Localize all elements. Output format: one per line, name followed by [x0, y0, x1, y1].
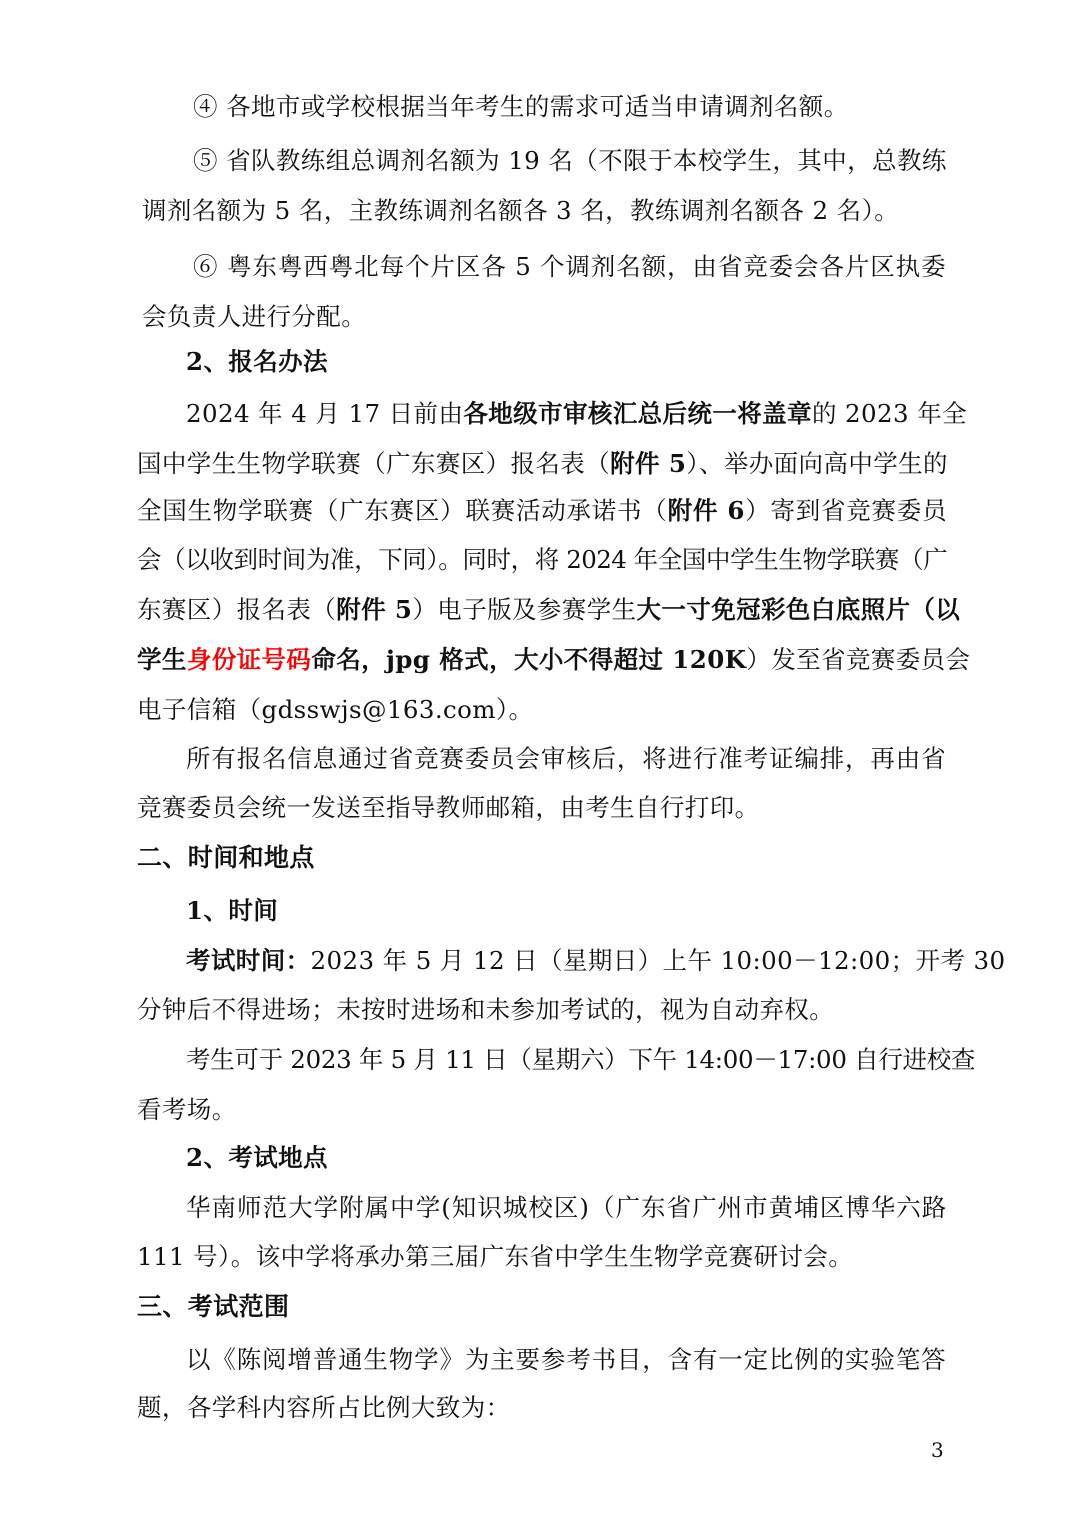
exam-time-line1: 考试时间：2023 年 5 月 12 日（星期日）上午 10:00－12:00；…	[186, 946, 946, 976]
text: ）发至省竞赛委员会	[746, 645, 970, 674]
section3-line2: 题，各学科内容所占比例大致为：	[137, 1393, 947, 1423]
quota-item-6-line1: ⑥ 粤东粤西粤北每个片区各 5 个调剂名额，由省竞委会各片区执委	[193, 252, 946, 282]
quota-item-4: ④ 各地市或学校根据当年考生的需求可适当申请调剂名额。	[193, 92, 953, 122]
text: 2023 年 5 月 12 日（星期日）上午 10:00－12:00；开考 30	[311, 946, 1006, 975]
registration-p1-line1: 2024 年 4 月 17 日前由各地级市审核汇总后统一将盖章的 2023 年全	[186, 399, 946, 429]
item-marker: ④	[193, 92, 218, 121]
visit-line1: 考生可于 2023 年 5 月 11 日（星期六）下午 14:00－17:00 …	[186, 1045, 946, 1075]
text: 2024 年 4 月 17 日前由	[186, 399, 463, 428]
bold-text: 命名，jpg 格式，大小不得超过 120K	[311, 645, 746, 674]
text: ）电子版及参赛学生	[412, 595, 636, 624]
quota-item-5-line2: 调剂名额为 5 名，主教练调剂名额各 3 名，教练调剂名额各 2 名）。	[142, 196, 952, 226]
text: 的 2023 年全	[812, 399, 967, 428]
bold-text: 学生	[137, 645, 187, 674]
section2-heading: 二、时间和地点	[137, 843, 947, 873]
text: ）、举办面向高中学生的	[686, 449, 948, 478]
place-line2: 111 号）。该中学将承办第三届广东省中学生生物学竞赛研讨会。	[137, 1242, 947, 1272]
visit-line2: 看考场。	[137, 1095, 947, 1125]
registration-p1-line5: 东赛区）报名表（附件 5）电子版及参赛学生大一寸免冠彩色白底照片（以	[137, 595, 947, 625]
page-number: 3	[931, 1438, 944, 1462]
exam-time-line2: 分钟后不得进场；未按时进场和未参加考试的，视为自动弃权。	[137, 995, 947, 1025]
registration-p1-line3: 全国生物学联赛（广东赛区）联赛活动承诺书（附件 6）寄到省竞赛委员	[137, 496, 947, 526]
quota-item-6-line2: 会负责人进行分配。	[142, 302, 952, 332]
highlight-id-number: 身份证号码	[187, 645, 312, 674]
registration-p1-line6: 学生身份证号码命名，jpg 格式，大小不得超过 120K）发至省竞赛委员会	[137, 645, 947, 675]
registration-p1-line2: 国中学生生物学联赛（广东赛区）报名表（附件 5）、举办面向高中学生的	[137, 449, 947, 479]
quota-item-5-line1: ⑤ 省队教练组总调剂名额为 19 名（不限于本校学生，其中，总教练	[193, 146, 946, 176]
section3-heading: 三、考试范围	[137, 1292, 947, 1322]
item-marker: ⑥	[193, 252, 218, 281]
bold-text: 附件 5	[336, 595, 412, 624]
time-heading: 1、时间	[186, 896, 946, 926]
item-marker: ⑤	[193, 146, 218, 175]
item-text: 省队教练组总调剂名额为 19 名（不限于本校学生，其中，总教练	[226, 146, 947, 175]
text: ）寄到省竞赛委员	[745, 496, 947, 525]
bold-text: 大一寸免冠彩色白底照片（以	[637, 595, 961, 624]
text: 国中学生生物学联赛（广东赛区）报名表（	[137, 449, 610, 478]
text: 东赛区）报名表（	[137, 595, 336, 624]
text: 全国生物学联赛（广东赛区）联赛活动承诺书（	[137, 496, 668, 525]
item-text: 各地市或学校根据当年考生的需求可适当申请调剂名额。	[226, 92, 849, 121]
bold-text: 各地级市审核汇总后统一将盖章	[463, 399, 812, 428]
document-page: ④ 各地市或学校根据当年考生的需求可适当申请调剂名额。 ⑤ 省队教练组总调剂名额…	[0, 0, 1080, 1527]
registration-heading: 2、报名办法	[186, 347, 946, 377]
exam-time-label: 考试时间：	[186, 946, 311, 975]
place-line1: 华南师范大学附属中学(知识城校区)（广东省广州市黄埔区博华六路	[186, 1193, 946, 1223]
registration-p2-line2: 竞赛委员会统一发送至指导教师邮箱，由考生自行打印。	[137, 793, 947, 823]
place-heading: 2、考试地点	[186, 1143, 946, 1173]
bold-text: 附件 5	[610, 449, 686, 478]
section3-line1: 以《陈阅增普通生物学》为主要参考书目，含有一定比例的实验笔答	[186, 1345, 946, 1375]
item-text: 粤东粤西粤北每个片区各 5 个调剂名额，由省竞委会各片区执委	[227, 252, 946, 281]
bold-text: 附件 6	[668, 496, 745, 525]
registration-p2-line1: 所有报名信息通过省竞赛委员会审核后，将进行准考证编排，再由省	[186, 744, 946, 774]
registration-email-line: 电子信箱（gdsswjs@163.com）。	[137, 695, 947, 725]
registration-p1-line4: 会（以收到时间为准，下同）。同时，将 2024 年全国中学生生物学联赛（广	[137, 545, 947, 575]
